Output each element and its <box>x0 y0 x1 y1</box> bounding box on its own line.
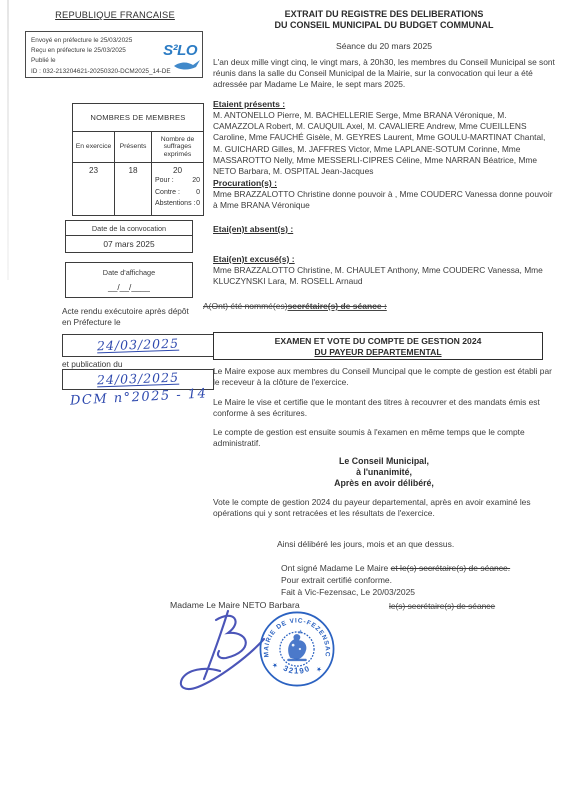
vote-pour-label: Pour : <box>155 175 174 187</box>
val-en-exercice: 23 <box>73 163 115 216</box>
executoire-line2: en Préfecture le <box>62 317 222 328</box>
municipal-stamp: MAIRIE DE VIC-FEZENSAC 32190 ★ ★ <box>258 610 336 688</box>
executoire-line1: Acte rendu exécutoire après dépôt <box>62 306 222 317</box>
presents-label: Etaient présents : <box>213 99 285 109</box>
svg-text:32190: 32190 <box>282 664 312 676</box>
main-title-line2: DU CONSEIL MUNICIPAL DU BUDGET COMMUNAL <box>213 20 555 30</box>
closing-line-1: Ainsi délibéré les jours, mois et an que… <box>277 539 454 549</box>
vote-contre-value: 0 <box>196 187 200 199</box>
executoire-note: Acte rendu exécutoire après dépôt en Pré… <box>62 306 222 328</box>
body-paragraph-3: Le compte de gestion est ensuite soumis … <box>213 427 555 449</box>
absents-label: Etai(en)t absent(s) : <box>213 224 293 234</box>
prefecture-stamp-box: Envoyé en préfecture le 25/03/2025 Reçu … <box>25 31 203 78</box>
col-presents: Présents <box>115 132 152 163</box>
convocation-date-box: Date de la convocation 07 mars 2025 <box>65 220 193 253</box>
closing-line-2: Pour extrait certifié conforme. <box>281 575 392 585</box>
s2lo-swoosh-icon <box>173 58 203 72</box>
members-count-table: NOMBRES DE MEMBRES En exercice Présents … <box>72 103 204 216</box>
resolution-block: Le Conseil Municipal, à l'unanimité, Apr… <box>213 456 555 490</box>
val-presents: 18 <box>115 163 152 216</box>
republic-title: REPUBLIQUE FRANCAISE <box>25 10 205 20</box>
stamp-coat-of-arms-icon <box>287 630 307 662</box>
deliberation-title-box: EXAMEN ET VOTE DU COMPTE DE GESTION 2024… <box>213 332 543 360</box>
val-suffrages-cell: 20 Pour : 20 Contre : 0 Abstentions : 0 <box>152 163 204 216</box>
body-paragraph-4: Vote le compte de gestion 2024 du payeur… <box>213 497 555 519</box>
signed-line-struck: et le(s) secrétaire(s) de séance. <box>391 563 511 573</box>
vote-contre-row: Contre : 0 <box>155 187 200 199</box>
document-page: REPUBLIQUE FRANCAISE Envoyé en préfectur… <box>0 0 567 800</box>
vote-pour-row: Pour : 20 <box>155 175 200 187</box>
signed-line-normal: Ont signé Madame Le Maire <box>281 563 391 573</box>
body-paragraph-1: Le Maire expose aux membres du Conseil M… <box>213 366 555 388</box>
body-paragraph-2: Le Maire le vise et certifie que le mont… <box>213 397 555 419</box>
vote-pour-value: 20 <box>192 175 200 187</box>
handwritten-deposit-date: 24/03/2025 <box>63 334 213 354</box>
vote-contre-label: Contre : <box>155 187 180 199</box>
main-title-line1: EXTRAIT DU REGISTRE DES DELIBERATIONS <box>213 9 555 19</box>
display-date-box: Date d'affichage __/__/____ <box>65 262 193 298</box>
resolution-line3: Après en avoir délibéré, <box>213 478 555 489</box>
resolution-line1: Le Conseil Municipal, <box>213 456 555 467</box>
s2lo-logo-text: S²LO <box>163 42 197 59</box>
secretary-struck-prefix: A(Ont) été nommé(es) <box>203 301 288 311</box>
stamp-star-right-icon: ★ <box>314 665 323 674</box>
procurations-label: Procuration(s) : <box>213 178 277 188</box>
procurations-text: Mme BRAZZALOTTO Christine donne pouvoir … <box>213 189 555 211</box>
handwritten-publication-date: 24/03/2025 <box>63 368 213 388</box>
vote-abstentions-value: 0 <box>196 198 200 210</box>
convocation-date-value: 07 mars 2025 <box>66 236 192 252</box>
secretary-struck-title: secrétaire(s) de séance : <box>288 301 387 311</box>
vote-abstentions-label: Abstentions : <box>155 198 195 210</box>
col-suffrages: Nombre de suffrages exprimés <box>152 132 204 163</box>
col-en-exercice: En exercice <box>73 132 115 163</box>
intro-paragraph: L'an deux mille vingt cinq, le vingt mar… <box>213 57 555 91</box>
publication-label: et publication du <box>62 359 122 369</box>
secretary-struck-line: A(Ont) été nommé(es)secrétaire(s) de séa… <box>203 301 555 311</box>
stamp-postal-code: 32190 <box>282 664 312 676</box>
scan-edge-artifact <box>7 0 9 280</box>
signed-line: Ont signé Madame Le Maire et le(s) secré… <box>281 563 510 573</box>
resolution-line2: à l'unanimité, <box>213 467 555 478</box>
deliberation-title-line2: DU PAYEUR DEPARTEMENTAL <box>216 347 540 358</box>
s2lo-logo: S²LO <box>163 44 197 58</box>
convocation-date-label: Date de la convocation <box>66 221 192 236</box>
display-date-value: __/__/____ <box>66 279 192 295</box>
closing-line-3: Fait à Vic-Fezensac, Le 20/03/2025 <box>281 587 415 597</box>
excuses-list: Mme BRAZZALOTTO Christine, M. CHAULET An… <box>213 265 555 287</box>
session-date: Séance du 20 mars 2025 <box>213 41 555 51</box>
excuses-label: Etai(en)t excusé(s) : <box>213 254 295 264</box>
val-suffrages: 20 <box>155 166 200 175</box>
presents-list: M. ANTONELLO Pierre, M. BACHELLERIE Serg… <box>213 110 555 177</box>
vote-abstentions-row: Abstentions : 0 <box>155 198 200 210</box>
members-table-title: NOMBRES DE MEMBRES <box>73 104 204 132</box>
stamp-star-left-icon: ★ <box>271 661 280 670</box>
display-date-label: Date d'affichage <box>66 263 192 279</box>
deliberation-title-line1: EXAMEN ET VOTE DU COMPTE DE GESTION 2024 <box>216 336 540 347</box>
secretary-signature-line-struck: le(s) secrétaire(s) de séance <box>389 601 495 611</box>
prefecture-deposit-date-box: 24/03/2025 <box>62 334 214 357</box>
